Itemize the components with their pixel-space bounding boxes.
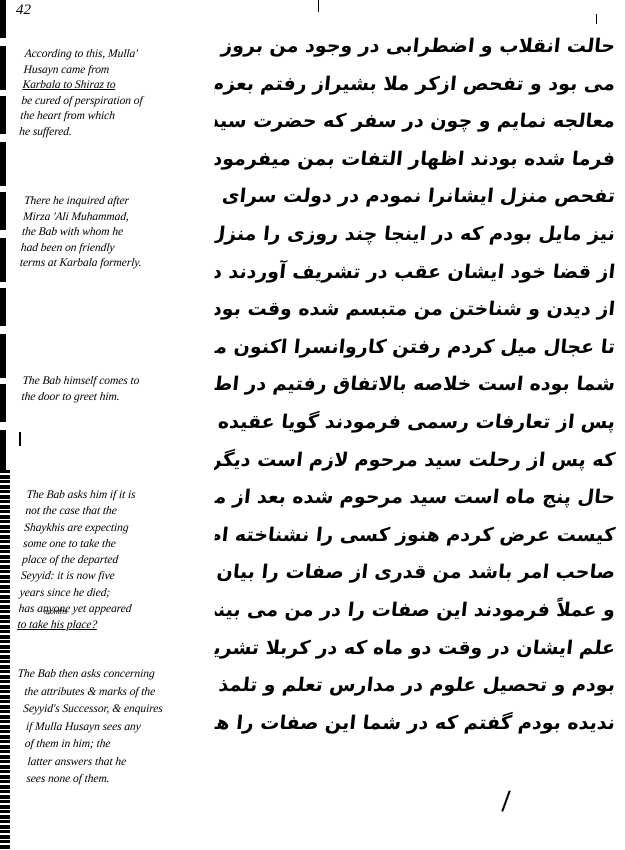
note-line: the Bab with whom he [21,224,217,240]
persian-line: نیز مایل بودم که در اینجا چند روزی را من… [213,216,617,254]
note-line: the attributes & marks of the [16,683,222,701]
note-line: Karbala to Shiraz to [22,77,218,93]
note-line: Seyyid: it is now five [20,568,216,584]
persian-line: فرما شده بودند اظهار التفات بمن میفرمودن… [213,141,617,179]
stray-mark [596,14,597,24]
note-line: of them in him; the [12,735,218,753]
persian-line: شما بوده است خلاصه بالاتفاق رفتیم در اطا… [213,366,617,404]
note-line: Shaykhis are expecting [24,520,220,536]
scan-edge-noise [0,470,10,850]
persian-line: تا عجال میل کردم رفتن کاروانسرا اکنون مع… [213,329,617,367]
note-line: some one to take the [23,536,219,552]
persian-line: علم ایشان در وقت دو ماه که در کربلا تشری… [213,630,617,668]
page-number: 42 [16,2,31,19]
insertion-note: months [44,607,67,616]
persian-line: حال پنج ماه است سید مرحوم شده بعد از مرح… [213,479,617,517]
note-line: Mirza 'Ali Muhammad, [23,209,219,225]
note-line: had been on friendly [20,240,216,256]
note-line: Seyyid's Successor, & enquires [15,700,221,718]
note-line: to take his place? [17,617,213,633]
persian-line: از قضا خود ایشان عقب در تشریف آوردند در … [213,254,617,292]
stray-mark [19,432,21,446]
note-line: According to this, Mulla' [24,46,220,62]
note-line: if Mulla Husayn sees any [13,718,219,736]
persian-line: از دیدن و شناختن من متبسم شده وقت بودند … [213,291,617,329]
note-line: he suffered. [19,124,215,140]
note-line: The Bab asks him if it is [26,487,222,503]
note-line: latter answers that he [11,753,217,771]
persian-line: بودم و تحصیل علوم در مدارس تعلم و تلمذ خ… [213,667,617,705]
note-line: There he inquired after [24,193,220,209]
persian-line: تفحص منزل ایشانرا نمودم در دولت سرای ایش… [213,178,617,216]
margin-note-2: There he inquired after Mirza 'Ali Muham… [19,193,219,271]
persian-line: و عملاً فرمودند این صفات را در من می بین… [213,592,617,630]
stray-mark [501,790,510,811]
margin-note-3: The Bab himself comes to the door to gre… [21,373,218,404]
persian-line: معالجه نمایم و چون در سفر که حضرت سید عل… [213,103,617,141]
persian-line: کیست عرض کردم هنوز کسی را نشناخته ام فرم… [213,517,617,555]
stray-mark [318,0,319,12]
margin-note-1: According to this, Mulla' Husayn came fr… [19,46,221,139]
note-line: terms at Karbala formerly. [19,255,215,271]
persian-line: صاحب امر باشد من قدری از صفات را بیان کر… [213,554,617,592]
note-line: the door to greet him. [21,389,217,405]
note-line: the heart from which [20,108,216,124]
persian-line: پس از تعارفات رسمی فرمودند گویا عقیده شم… [213,404,617,442]
note-line: sees none of them. [10,770,216,788]
note-line: The Bab then asks concerning [17,665,223,683]
persian-line: حالت انقلاب و اضطرابی در وجود من بروز دا… [213,28,617,66]
note-line: Husayn came from [23,62,219,78]
note-line: place of the departed [21,552,217,568]
persian-line: ندیده بودم گفتم که در شما این صفات را هی… [213,705,617,743]
persian-manuscript-text: حالت انقلاب و اضطرابی در وجود من بروز دا… [215,28,615,742]
note-line: years since he died; [19,585,215,601]
persian-line: می بود و تفحص ازکر ملا بشیراز رفتم بعزم … [213,66,617,104]
note-line: be cured of perspiration of [21,93,217,109]
note-line: The Bab himself comes to [22,373,218,389]
note-line: not the case that the [25,503,221,519]
persian-line: که پس از رحلت سید مرحوم لازم است دیگری ق… [213,442,617,480]
margin-note-5: The Bab then asks concerning the attribu… [10,665,224,788]
